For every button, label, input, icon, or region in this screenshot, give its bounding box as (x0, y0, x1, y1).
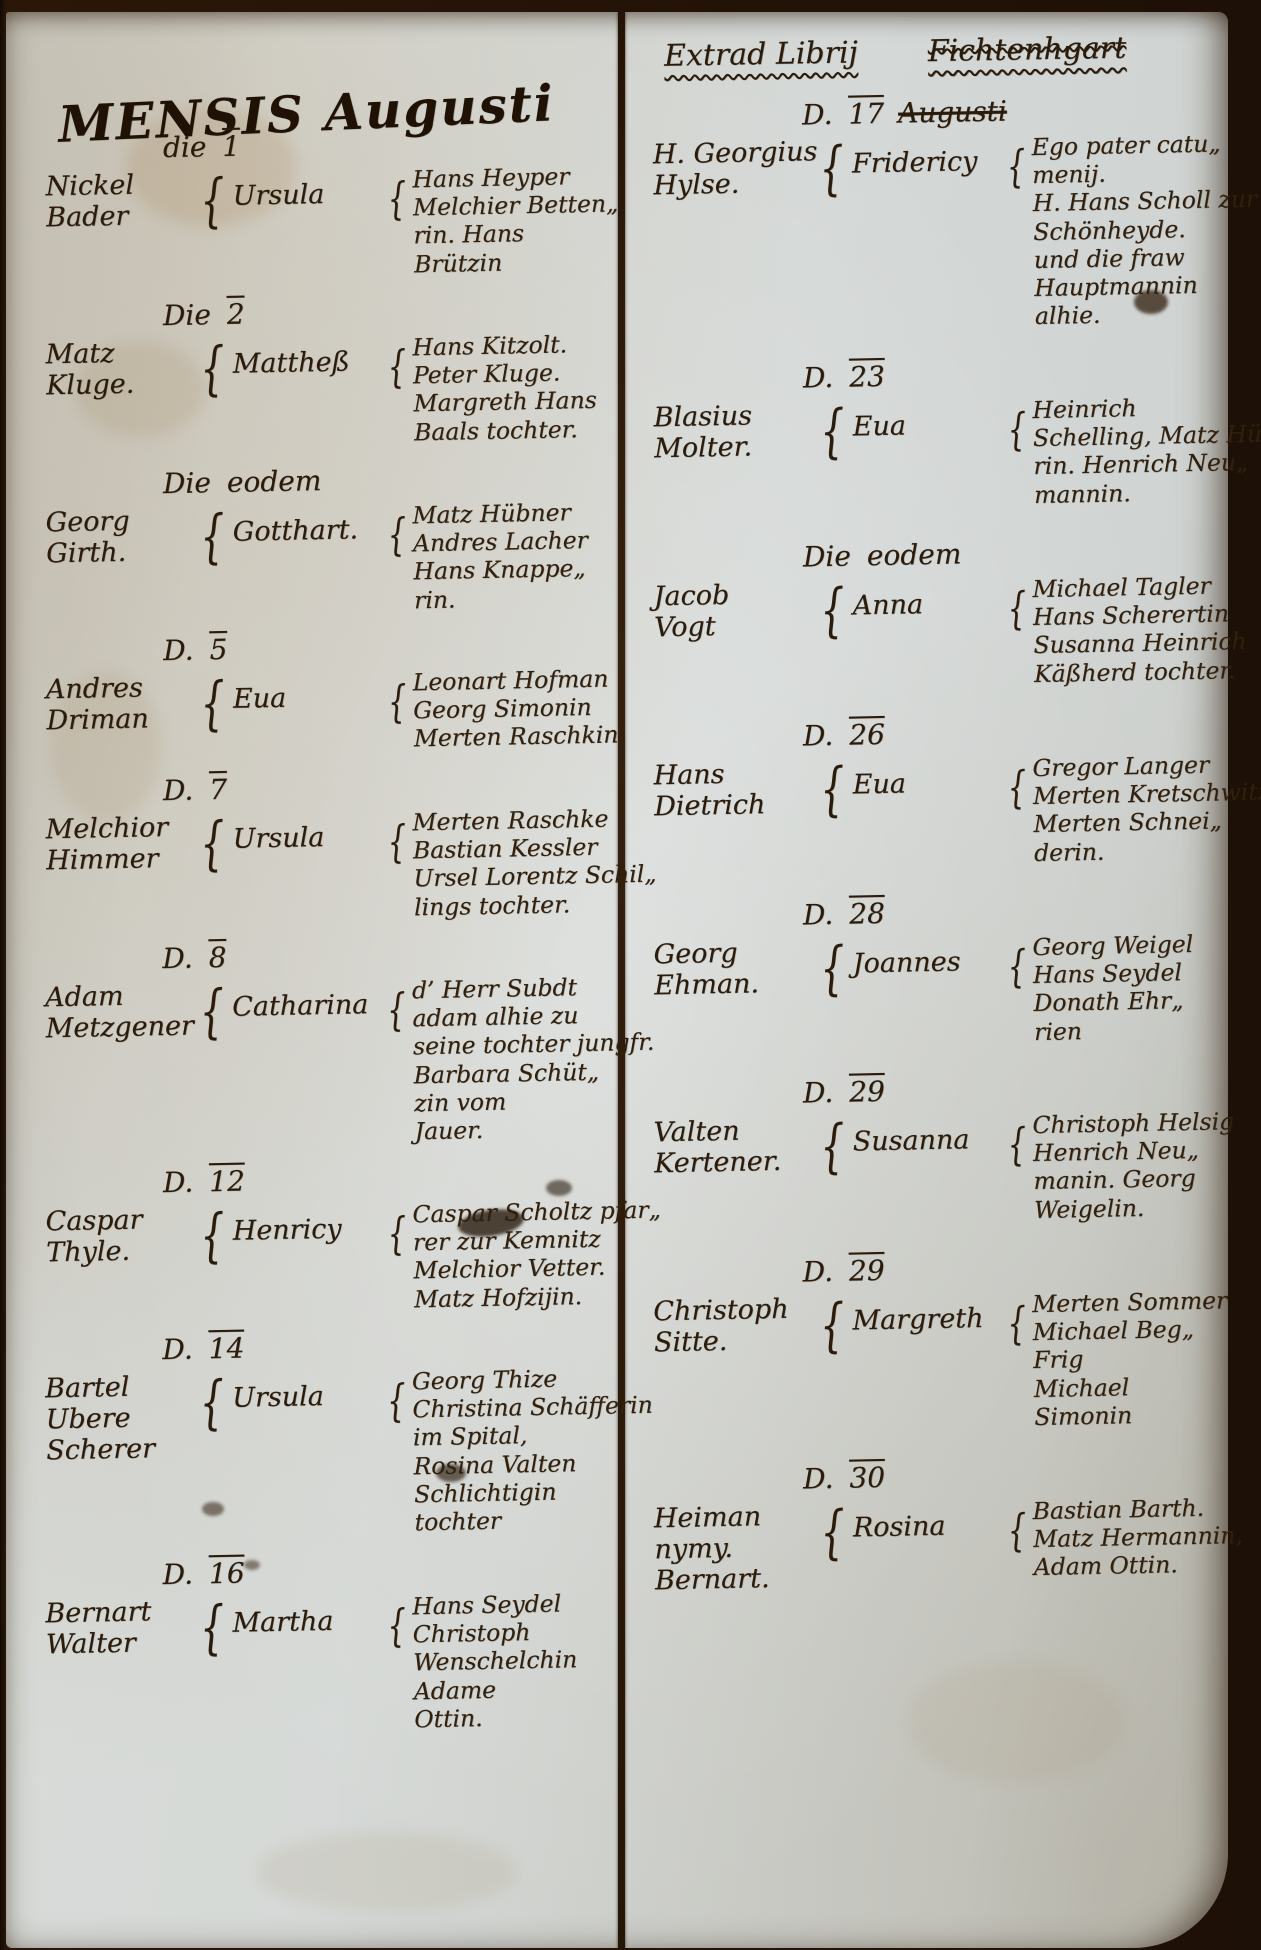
child-name: Susanna (852, 1124, 1001, 1158)
witness-line: Donath Ehr„ (1033, 986, 1211, 1018)
father-name-line: Melchior (45, 812, 192, 846)
curly-brace-icon: { (387, 1380, 406, 1424)
date-number: 2 (227, 297, 245, 330)
witness-line: Bastian Kessler (413, 833, 607, 865)
entry-body: BartelUbereScherer{Ursula{Georg ThizeChr… (45, 1364, 608, 1544)
date-prefix: D. (162, 941, 193, 975)
witnesses-list: Matz HübnerAndres LacherHans Knappe„rin. (412, 497, 607, 613)
entry-date: D.17Augusti (802, 91, 1209, 132)
father-name-line: Georg (45, 505, 192, 539)
witness-line: Weigelin. (1034, 1193, 1212, 1225)
witness-line: Gregor Langer (1032, 750, 1210, 782)
date-prefix: D. (803, 719, 834, 753)
entry-date: D.23 (803, 354, 1210, 395)
witness-line: rin. Henrich Neu„ (1033, 449, 1211, 481)
witnesses-list: Christoph HelsigHenrich Neu„manin. Georg… (1032, 1108, 1211, 1224)
witnesses-list: Hans Kitzolt.Peter Kluge.Margreth HansBa… (412, 329, 607, 445)
entry-body: MatzKluge.{Mattheß{Hans Kitzolt.Peter Kl… (45, 329, 607, 452)
witness-line: Michael Beg„ (1032, 1315, 1210, 1347)
witness-line: Simonin (1034, 1399, 1212, 1431)
father-name-line: Caspar (45, 1204, 192, 1238)
entry-date: D.12 (163, 1157, 606, 1198)
witness-line: und die fraw (1034, 242, 1212, 274)
date-prefix: D. (163, 773, 194, 807)
curly-brace-icon: { (1007, 145, 1026, 189)
curly-brace-icon: { (200, 1598, 225, 1656)
date-number: 17 (848, 97, 884, 131)
register-book-page: MENSIS Augusti die1NickelBader{Ursula{Ha… (0, 0, 1261, 1950)
date-number: 8 (208, 940, 226, 973)
witness-line: Merten Sommer (1032, 1287, 1210, 1319)
date-number: 29 (849, 1075, 885, 1109)
curly-brace-icon: { (387, 988, 406, 1032)
curly-brace-icon: { (819, 139, 844, 197)
father-name-line: Blasius (653, 401, 812, 435)
curly-brace-icon: { (820, 1296, 845, 1354)
entry-date: D.28 (803, 890, 1210, 931)
witness-line: Georg Thize (412, 1364, 606, 1396)
entry-body: AndresDriman{Eua{Leonart HofmanGeorg Sim… (46, 665, 608, 760)
witness-line: Ursel Lorentz Schil„ (413, 861, 607, 893)
date-number: 14 (208, 1332, 244, 1366)
child-name: Margreth (852, 1303, 1001, 1337)
date-prefix: Die (163, 298, 212, 332)
witness-line: Susanna Heinrich (1033, 628, 1211, 660)
father-name-line: Himmer (46, 843, 193, 877)
date-prefix: D. (163, 634, 194, 668)
date-number: eodem (867, 537, 962, 572)
register-entry: D.7MelchiorHimmer{Ursula{Merten RaschkeB… (45, 765, 608, 927)
witnesses-list: Michael TaglerHans ScherertinSusanna Hei… (1032, 572, 1211, 688)
father-name-line: Thyle. (46, 1235, 193, 1269)
entry-body: BernartWalter{Martha{Hans SeydelChristop… (45, 1588, 608, 1740)
witness-line: menij. (1032, 158, 1210, 190)
father-name-line: Valten (653, 1116, 812, 1150)
father-name: NickelBader (45, 170, 192, 234)
curly-brace-icon: { (820, 1503, 845, 1561)
witness-line: Schönheyde. (1033, 214, 1211, 246)
date-prefix: D. (803, 1462, 834, 1496)
father-name-line: Metzgener (45, 1011, 192, 1045)
father-name: GeorgEhman. (653, 937, 812, 1002)
father-name: HansDietrich (653, 758, 812, 823)
entry-body: ValtenKertener.{Susanna{Christoph Helsig… (653, 1108, 1211, 1231)
witness-line: Käßherd tochter. (1034, 656, 1212, 688)
date-number: 29 (849, 1254, 885, 1288)
child-name: Rosina (853, 1510, 1002, 1544)
father-name-line: Heiman (654, 1501, 813, 1535)
father-name: CasparThyle. (45, 1204, 192, 1268)
father-name: BernartWalter (45, 1596, 192, 1660)
date-number: 26 (849, 718, 885, 752)
date-prefix: Die (163, 466, 212, 500)
curly-brace-icon: { (199, 982, 224, 1040)
father-name-line: Ubere (45, 1403, 192, 1437)
witness-line: Michael Tagler (1032, 572, 1210, 604)
father-name-line: Girth. (46, 536, 193, 570)
witnesses-list: Ego pater catu„menij.H. Hans Scholl zurS… (1031, 130, 1212, 331)
witness-line: Merten Raschkin (414, 721, 608, 753)
child-name: Eua (852, 766, 1001, 800)
date-number: 5 (209, 633, 227, 666)
father-name-line: Bader (46, 200, 193, 234)
witness-line: Christoph Helsig (1032, 1108, 1210, 1140)
right-register-column: Extrad Librij Fichtenhgart D.17AugustiH.… (654, 34, 1210, 1591)
register-entry: D.30Heimannymy.Bernart.{Rosina{Bastian B… (653, 1455, 1211, 1597)
date-prefix: D. (803, 361, 834, 395)
entry-date: D.14 (162, 1325, 605, 1366)
entry-date: D.30 (803, 1455, 1210, 1496)
date-number: 12 (209, 1164, 245, 1198)
witness-line: rer zur Kemnitz (413, 1225, 607, 1257)
father-name-line: Walter (46, 1627, 193, 1661)
witness-line: Hans Seydel (1033, 957, 1211, 989)
child-name: Joannes (852, 945, 1001, 979)
witness-line: Wenschelchin (413, 1645, 607, 1677)
date-prefix: D. (803, 897, 834, 931)
paper-stain (906, 1662, 1126, 1782)
curly-brace-icon: { (387, 513, 406, 557)
witness-line: manin. Georg (1033, 1164, 1211, 1196)
witnesses-list: Leonart HofmanGeorg SimoninMerten Raschk… (412, 665, 607, 753)
date-prefix: D. (162, 1557, 193, 1591)
right-header-struck-text: Fichtenhgart (928, 31, 1127, 69)
date-number: 30 (849, 1461, 885, 1495)
entry-body: CasparThyle.{Henricy{Caspar Scholtz pfar… (45, 1196, 607, 1319)
register-entry: D.29ValtenKertener.{Susanna{Christoph He… (653, 1069, 1212, 1231)
father-name-line: nymy. (654, 1532, 813, 1566)
father-name-line: Vogt (654, 610, 813, 644)
father-name-line: Bernart. (655, 1563, 814, 1597)
register-entry: D.17AugustiH. GeorgiusHylse.{Fridericy{E… (652, 91, 1212, 338)
register-entry: D.8AdamMetzgener{Catharina{d’ Herr Subdt… (44, 933, 608, 1152)
curly-brace-icon: { (199, 1373, 224, 1431)
witness-line: Leonart Hofman (412, 665, 606, 697)
father-name-line: Ehman. (654, 968, 813, 1002)
curly-brace-icon: { (388, 681, 407, 725)
father-name: BartelUbereScherer (45, 1372, 193, 1467)
entry-date: Die2 (163, 290, 606, 331)
child-name: Martha (232, 1605, 381, 1639)
curly-brace-icon: { (1007, 766, 1026, 810)
witness-line: Rosina Valten (413, 1449, 607, 1481)
witness-line: Matz Hübner (412, 497, 606, 529)
witness-line: Caspar Scholtz pfar„ (412, 1196, 606, 1228)
father-name-line: Hylse. (653, 168, 812, 202)
witness-line: Baals tochter. (414, 414, 608, 446)
father-name-line: Andres (46, 673, 193, 707)
witness-line: Matz Hermannin, (1033, 1522, 1211, 1554)
date-prefix: die (163, 130, 207, 164)
witness-line: rien (1034, 1014, 1212, 1046)
witness-line: Hans Knappe„ (413, 553, 607, 585)
register-entry: D.16BernartWalter{Martha{Hans SeydelChri… (44, 1549, 607, 1740)
father-name: MatzKluge. (45, 337, 192, 401)
father-name: AdamMetzgener (45, 980, 192, 1044)
curly-brace-icon: { (1007, 1302, 1026, 1346)
entry-date: D.29 (803, 1069, 1210, 1110)
witness-line: Brützin (414, 246, 608, 278)
curly-brace-icon: { (1008, 1509, 1027, 1553)
witness-line: Heinrich (1032, 393, 1210, 425)
witness-line: Henrich Neu„ (1033, 1136, 1211, 1168)
register-entry: D.14BartelUbereScherer{Ursula{Georg Thiz… (44, 1325, 608, 1544)
witness-line: Melchior Vetter. (413, 1253, 607, 1285)
child-name: Catharina (232, 989, 381, 1023)
curly-brace-icon: { (820, 938, 845, 996)
witnesses-list: Gregor LangerMerten KretschwitzinMerten … (1032, 750, 1211, 866)
witness-line: Adam Ottin. (1033, 1550, 1211, 1582)
curly-brace-icon: { (387, 177, 406, 221)
witness-line: tochter (414, 1505, 608, 1537)
child-name: Ursula (232, 178, 381, 212)
witness-line: rin. Hans (413, 218, 607, 250)
entry-body: GeorgEhman.{Joannes{Georg WeigelHans Sey… (653, 929, 1211, 1052)
father-name-line: Kertener. (654, 1146, 813, 1180)
entry-body: HansDietrich{Eua{Gregor LangerMerten Kre… (653, 750, 1211, 873)
column-divider-rule (618, 12, 625, 1948)
curly-brace-icon: { (1007, 1124, 1026, 1168)
date-number: eodem (227, 464, 322, 499)
witness-line: Ego pater catu„ (1031, 130, 1209, 162)
entry-date: D.7 (163, 765, 606, 806)
witness-line: Merten Schnei„ (1033, 807, 1211, 839)
witnesses-list: Georg WeigelHans SeydelDonath Ehr„rien (1032, 929, 1211, 1045)
entry-date: D.29 (802, 1248, 1209, 1289)
register-entry: D.23BlasiusMolter.{Eua{HeinrichSchelling… (653, 354, 1212, 516)
register-entry: Die2MatzKluge.{Mattheß{Hans Kitzolt.Pete… (45, 290, 608, 452)
witnesses-list: Bastian Barth.Matz Hermannin,Adam Ottin. (1032, 1494, 1211, 1582)
witnesses-list: Merten SommerMichael Beg„FrigMichaelSimo… (1032, 1287, 1212, 1431)
date-number: 16 (209, 1556, 245, 1590)
father-name-line: Molter. (654, 431, 813, 465)
father-name: BlasiusMolter. (653, 401, 812, 466)
curly-brace-icon: { (1007, 945, 1026, 989)
witnesses-list: Caspar Scholtz pfar„rer zur KemnitzMelch… (412, 1196, 607, 1312)
witness-line: Georg Simonin (413, 693, 607, 725)
curly-brace-icon: { (387, 345, 406, 389)
witness-line: Matz Hofzijin. (414, 1281, 608, 1313)
father-name-line: Bartel (45, 1372, 192, 1406)
witness-line: Schelling, Matz Hübne„ (1033, 421, 1211, 453)
register-entry: D.12CasparThyle.{Henricy{Caspar Scholtz … (45, 1157, 608, 1319)
father-name: H. GeorgiusHylse. (653, 137, 812, 202)
date-prefix: D. (802, 98, 833, 132)
register-entry: D.29ChristophSitte.{Margreth{Merten Somm… (652, 1248, 1211, 1439)
entry-date: die1 (163, 123, 606, 164)
register-entry: D.26HansDietrich{Eua{Gregor LangerMerten… (653, 711, 1212, 873)
father-name-line: Kluge. (46, 368, 193, 402)
register-entry: DieeodemJacobVogt{Anna{Michael TaglerHan… (653, 533, 1212, 695)
witness-line: Hans Heyper (412, 162, 606, 194)
witness-line: lings tochter. (414, 889, 608, 921)
child-name: Henricy (232, 1213, 381, 1247)
curly-brace-icon: { (200, 339, 225, 397)
father-name-line: Nickel (45, 170, 192, 204)
curly-brace-icon: { (820, 581, 845, 639)
date-prefix: Die (803, 540, 852, 574)
witnesses-list: d’ Herr Subdtadam alhie zuseine tochter … (412, 972, 608, 1145)
witness-line: Christoph (412, 1616, 606, 1648)
curly-brace-icon: { (820, 402, 845, 460)
witnesses-list: Hans SeydelChristophWenschelchinAdameOtt… (412, 1588, 608, 1733)
witness-line: Bastian Barth. (1032, 1494, 1210, 1526)
child-name: Mattheß (232, 346, 381, 380)
witness-line: derin. (1034, 835, 1212, 867)
father-name-line: Georg (653, 937, 812, 971)
father-name: ChristophSitte. (653, 1294, 812, 1359)
left-register-column: die1NickelBader{Ursula{Hans HeyperMelchi… (46, 112, 606, 1735)
register-entry: D.5AndresDriman{Eua{Leonart HofmanGeorg … (45, 626, 607, 760)
father-name: GeorgGirth. (45, 505, 192, 569)
entry-body: Heimannymy.Bernart.{Rosina{Bastian Barth… (654, 1494, 1212, 1597)
child-name: Gotthart. (232, 513, 381, 547)
witness-line: Barbara Schüt„ (413, 1057, 607, 1089)
child-name: Anna (852, 588, 1001, 622)
curly-brace-icon: { (200, 506, 225, 564)
curly-brace-icon: { (387, 1212, 406, 1256)
father-name-line: Jacob (653, 579, 812, 613)
witness-line: Michael (1034, 1371, 1212, 1403)
witnesses-list: Hans HeyperMelchier Betten„rin. HansBrüt… (412, 162, 607, 278)
witness-line: im Spital, (413, 1420, 607, 1452)
date-prefix: D. (162, 1333, 193, 1367)
curly-brace-icon: { (200, 674, 225, 732)
entry-body: ChristophSitte.{Margreth{Merten SommerMi… (653, 1287, 1212, 1439)
child-name: Fridericy (852, 146, 1001, 180)
entry-date: D.5 (163, 626, 606, 667)
date-prefix: D. (802, 1255, 833, 1289)
register-entry: die1NickelBader{Ursula{Hans HeyperMelchi… (45, 123, 608, 285)
curly-brace-icon: { (387, 1604, 406, 1648)
witness-line: zin vom (414, 1085, 608, 1117)
entry-body: JacobVogt{Anna{Michael TaglerHans Schere… (653, 572, 1211, 695)
child-name: Eua (233, 681, 382, 715)
child-name: Ursula (232, 821, 381, 855)
father-name-line: H. Georgius (653, 137, 812, 171)
witness-line: Melchier Betten„ (413, 190, 607, 222)
curly-brace-icon: { (820, 1117, 845, 1175)
witness-line: adam alhie zu (412, 1000, 606, 1032)
father-name-line: Sitte. (654, 1325, 813, 1359)
entry-date: D.8 (162, 933, 605, 974)
curly-brace-icon: { (200, 171, 225, 229)
witnesses-list: HeinrichSchelling, Matz Hübne„rin. Henri… (1032, 393, 1211, 509)
witness-line: Ottin. (414, 1701, 608, 1733)
entry-date: Dieeodem (803, 533, 1210, 574)
right-register-entries: D.17AugustiH. GeorgiusHylse.{Fridericy{E… (654, 96, 1210, 1591)
date-prefix: D. (803, 1076, 834, 1110)
witness-line: d’ Herr Subdt (412, 972, 606, 1004)
entry-body: NickelBader{Ursula{Hans HeyperMelchier B… (45, 162, 607, 285)
father-name: JacobVogt (653, 579, 812, 644)
register-entry: DieeodemGeorgGirth.{Gotthart.{Matz Hübne… (45, 458, 608, 620)
father-name-line: Dietrich (654, 789, 813, 823)
right-page-header: Extrad Librij Fichtenhgart (664, 29, 1211, 74)
witness-line: Peter Kluge. (413, 358, 607, 390)
witness-line: alhie. (1035, 299, 1213, 331)
witness-line: Hans Kitzolt. (412, 329, 606, 361)
witness-line: rin. (414, 582, 608, 614)
father-name-line: Christoph (653, 1294, 812, 1328)
register-entry: D.28GeorgEhman.{Joannes{Georg WeigelHans… (653, 890, 1212, 1052)
date-number: 28 (849, 896, 885, 930)
father-name-line: Scherer (46, 1434, 193, 1468)
father-name: ValtenKertener. (653, 1116, 812, 1181)
right-header-left-text: Extrad Librij (664, 35, 858, 73)
entry-date: Dieeodem (163, 458, 606, 499)
witness-line: Merten Kretschwitzin (1033, 779, 1211, 811)
date-prefix: D. (163, 1165, 194, 1199)
father-name-line: Adam (45, 980, 192, 1014)
date-number: 7 (209, 773, 227, 806)
witness-line: Adame (414, 1673, 608, 1705)
paper-stain (256, 1832, 516, 1912)
entry-date: D.26 (803, 711, 1210, 752)
father-name: AndresDriman (46, 673, 193, 737)
witness-line: Hauptmannin (1034, 271, 1212, 303)
date-number: 1 (222, 130, 240, 163)
father-name: Heimannymy.Bernart. (654, 1501, 814, 1596)
entry-body: H. GeorgiusHylse.{Fridericy{Ego pater ca… (653, 130, 1213, 338)
curly-brace-icon: { (200, 814, 225, 872)
witness-line: H. Hans Scholl zur (1032, 186, 1210, 218)
father-name-line: Hans (653, 758, 812, 792)
father-name: MelchiorHimmer (45, 812, 192, 876)
witness-line: Andres Lacher (413, 525, 607, 557)
manuscript-paper: MENSIS Augusti die1NickelBader{Ursula{Ha… (6, 12, 1228, 1948)
father-name-line: Driman (46, 704, 193, 738)
date-suffix-struck: Augusti (898, 95, 1007, 130)
curly-brace-icon: { (387, 820, 406, 864)
witness-line: Christina Schäfferin (412, 1392, 606, 1424)
witness-line: Frig (1033, 1343, 1211, 1375)
date-number: 23 (849, 360, 885, 394)
witness-line: seine tochter jungfr. (413, 1029, 607, 1061)
curly-brace-icon: { (200, 1206, 225, 1264)
witness-line: Merten Raschke (412, 804, 606, 836)
curly-brace-icon: { (1007, 587, 1026, 631)
child-name: Eua (852, 409, 1001, 443)
entry-body: GeorgGirth.{Gotthart.{Matz HübnerAndres … (45, 497, 607, 620)
father-name-line: Bernart (45, 1596, 192, 1630)
witness-line: Margreth Hans (413, 386, 607, 418)
entry-body: AdamMetzgener{Catharina{d’ Herr Subdtada… (45, 972, 608, 1152)
curly-brace-icon: { (1007, 409, 1026, 453)
entry-body: MelchiorHimmer{Ursula{Merten RaschkeBast… (45, 804, 607, 927)
witness-line: Hans Scherertin (1033, 600, 1211, 632)
witness-line: Hans Seydel (412, 1588, 606, 1620)
witness-line: mannin. (1034, 478, 1212, 510)
witnesses-list: Georg ThizeChristina Schäfferinim Spital… (412, 1364, 608, 1537)
witness-line: Georg Weigel (1032, 929, 1210, 961)
witnesses-list: Merten RaschkeBastian KesslerUrsel Loren… (412, 804, 607, 920)
entry-date: D.16 (162, 1549, 605, 1590)
witness-line: Schlichtigin (414, 1477, 608, 1509)
witness-line: Jauer. (414, 1113, 608, 1145)
curly-brace-icon: { (820, 759, 845, 817)
entry-body: BlasiusMolter.{Eua{HeinrichSchelling, Ma… (653, 393, 1211, 516)
child-name: Ursula (232, 1380, 381, 1414)
father-name-line: Matz (45, 337, 192, 371)
